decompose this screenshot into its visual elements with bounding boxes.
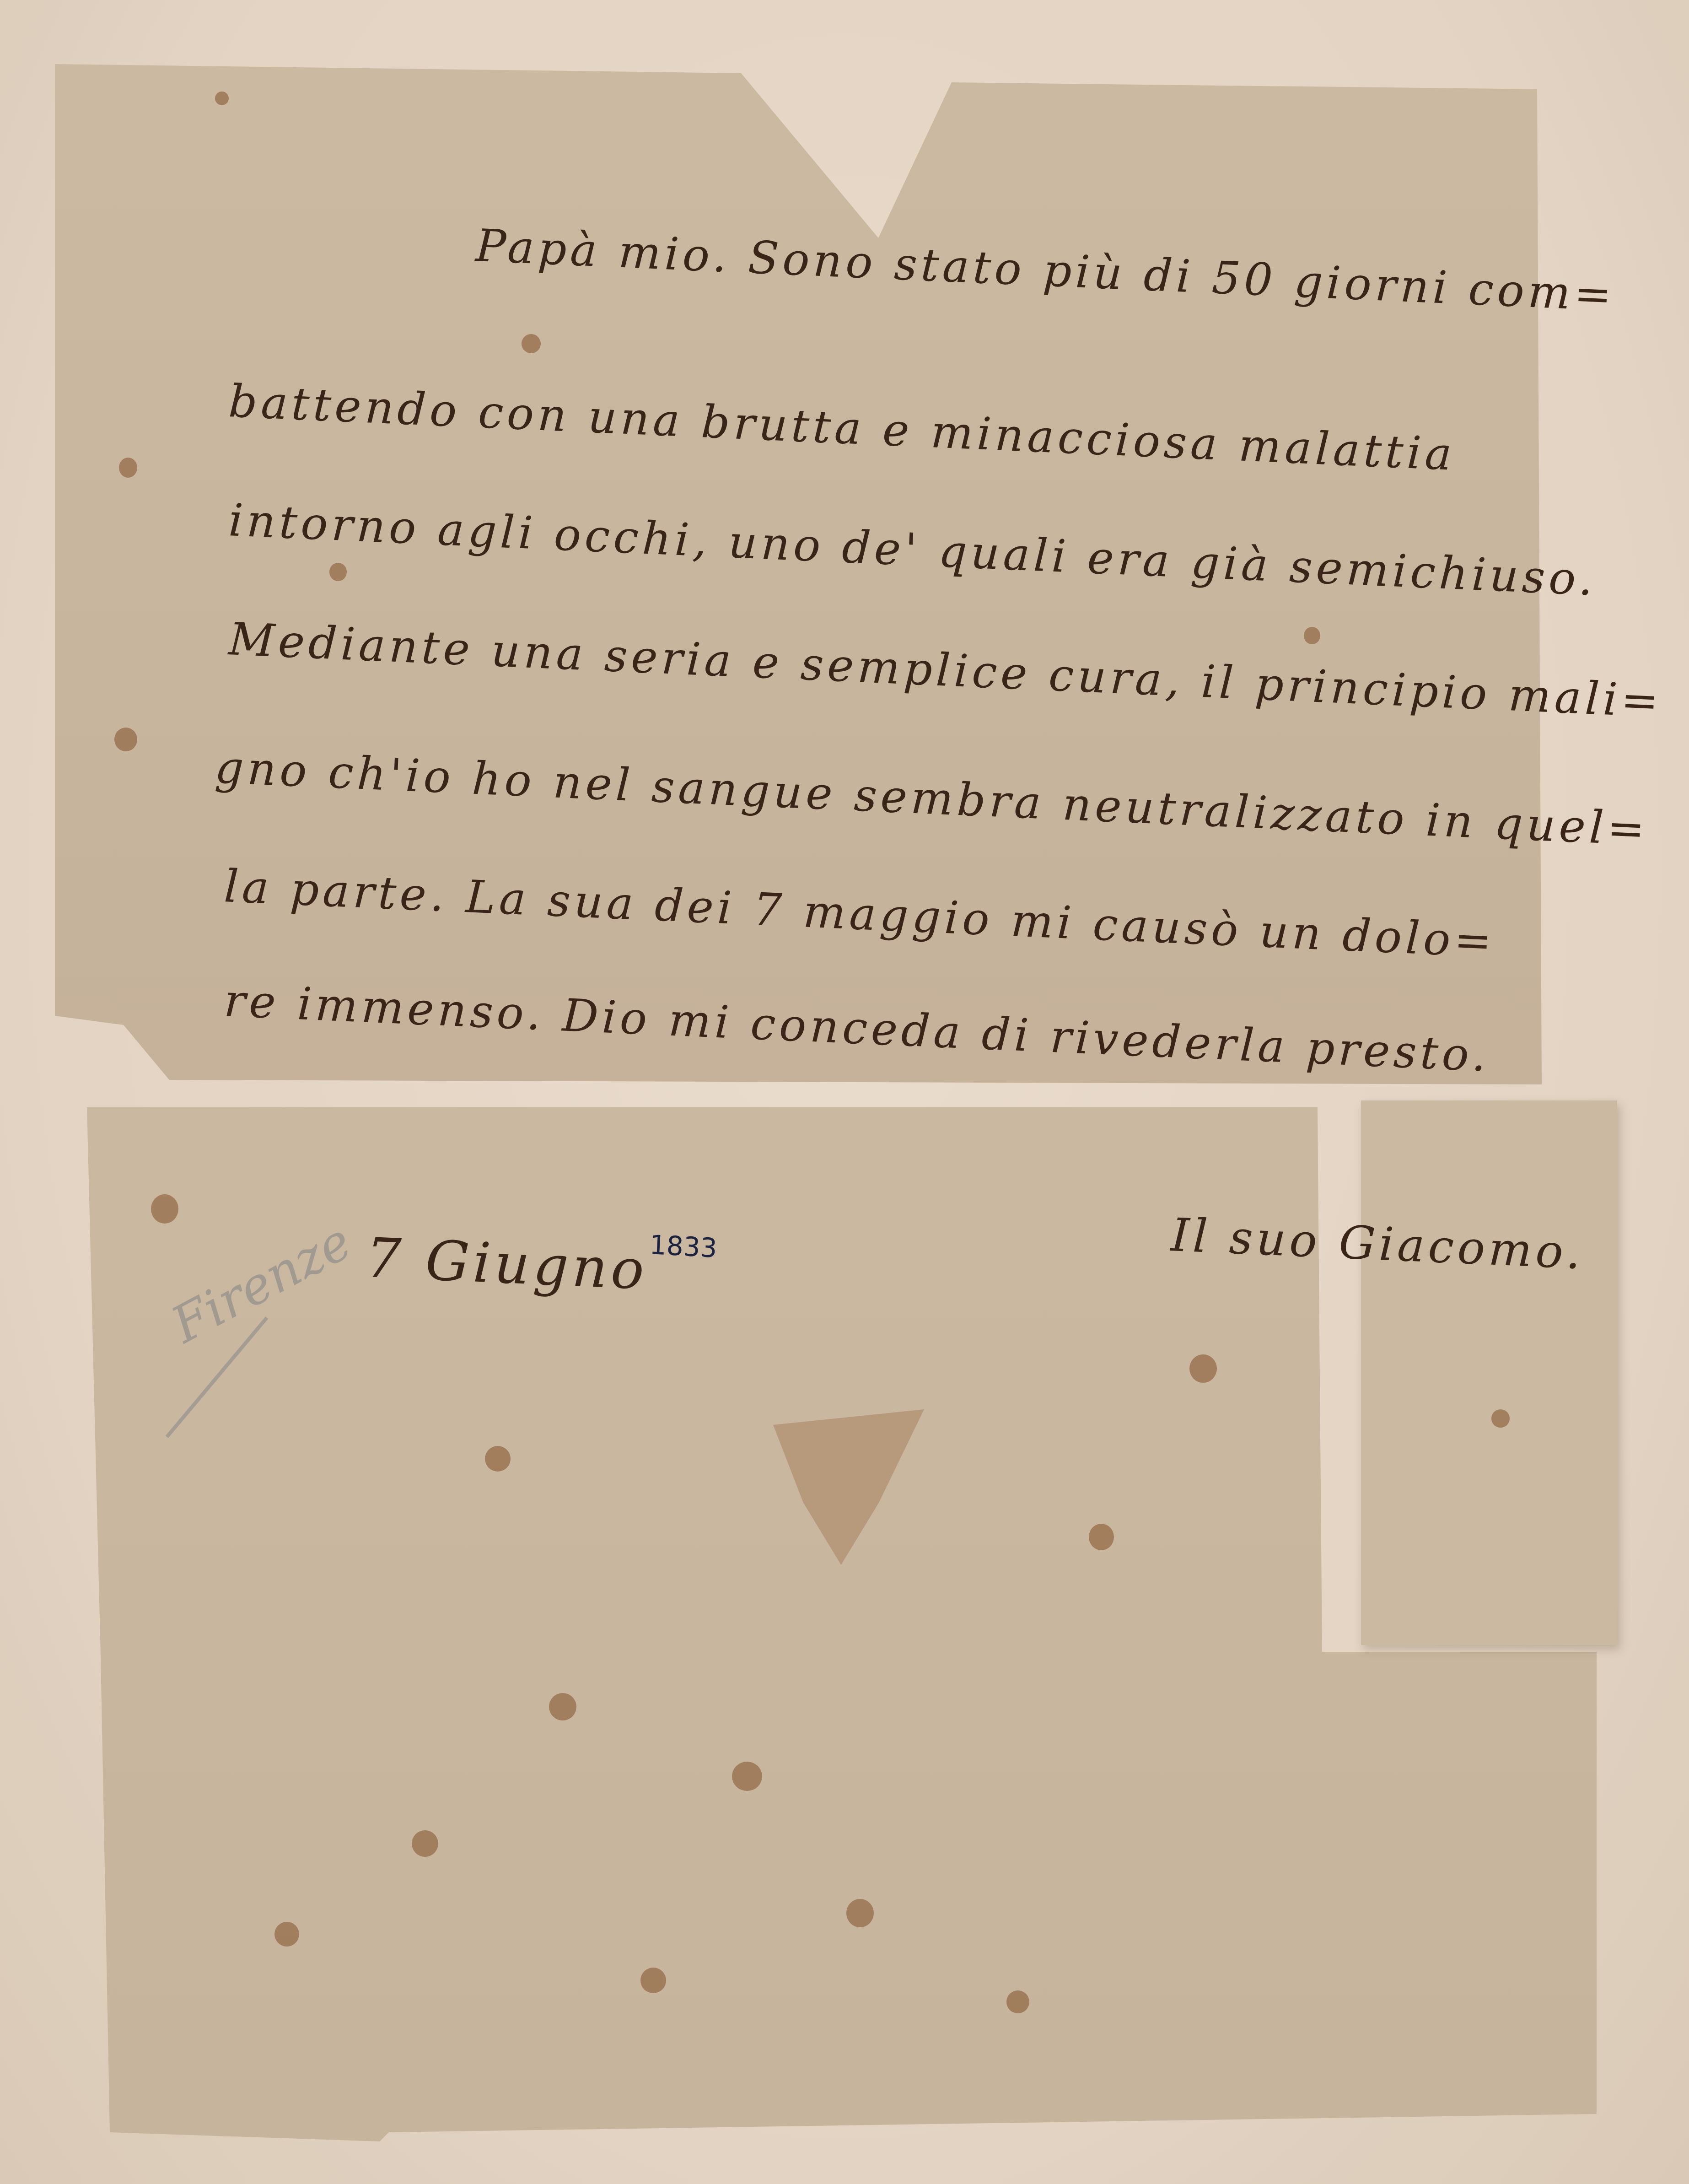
letter-sheet-flap [1361,1100,1617,1645]
foxing-spot [274,1922,299,1947]
foxing-spot [329,563,347,581]
foxing-spot [1189,1354,1217,1383]
foxing-spot [549,1693,576,1720]
dateline: 7 Giugno [365,1226,649,1302]
foxing-spot [1491,1409,1510,1428]
foxing-spot [119,458,137,478]
foxing-spot [846,1899,874,1927]
foxing-spot [151,1194,178,1224]
foxing-spot [522,334,541,353]
foxing-spot [485,1446,511,1472]
foxing-spot [732,1762,762,1791]
foxing-spot [1006,1990,1029,2013]
foxing-spot [640,1968,666,1993]
foxing-spot [412,1830,438,1857]
foxing-spot [114,728,137,751]
foxing-spot [1089,1524,1114,1550]
year-annotation: 1833 [649,1229,718,1264]
foxing-spot [215,92,229,105]
foxing-spot [1304,627,1320,644]
